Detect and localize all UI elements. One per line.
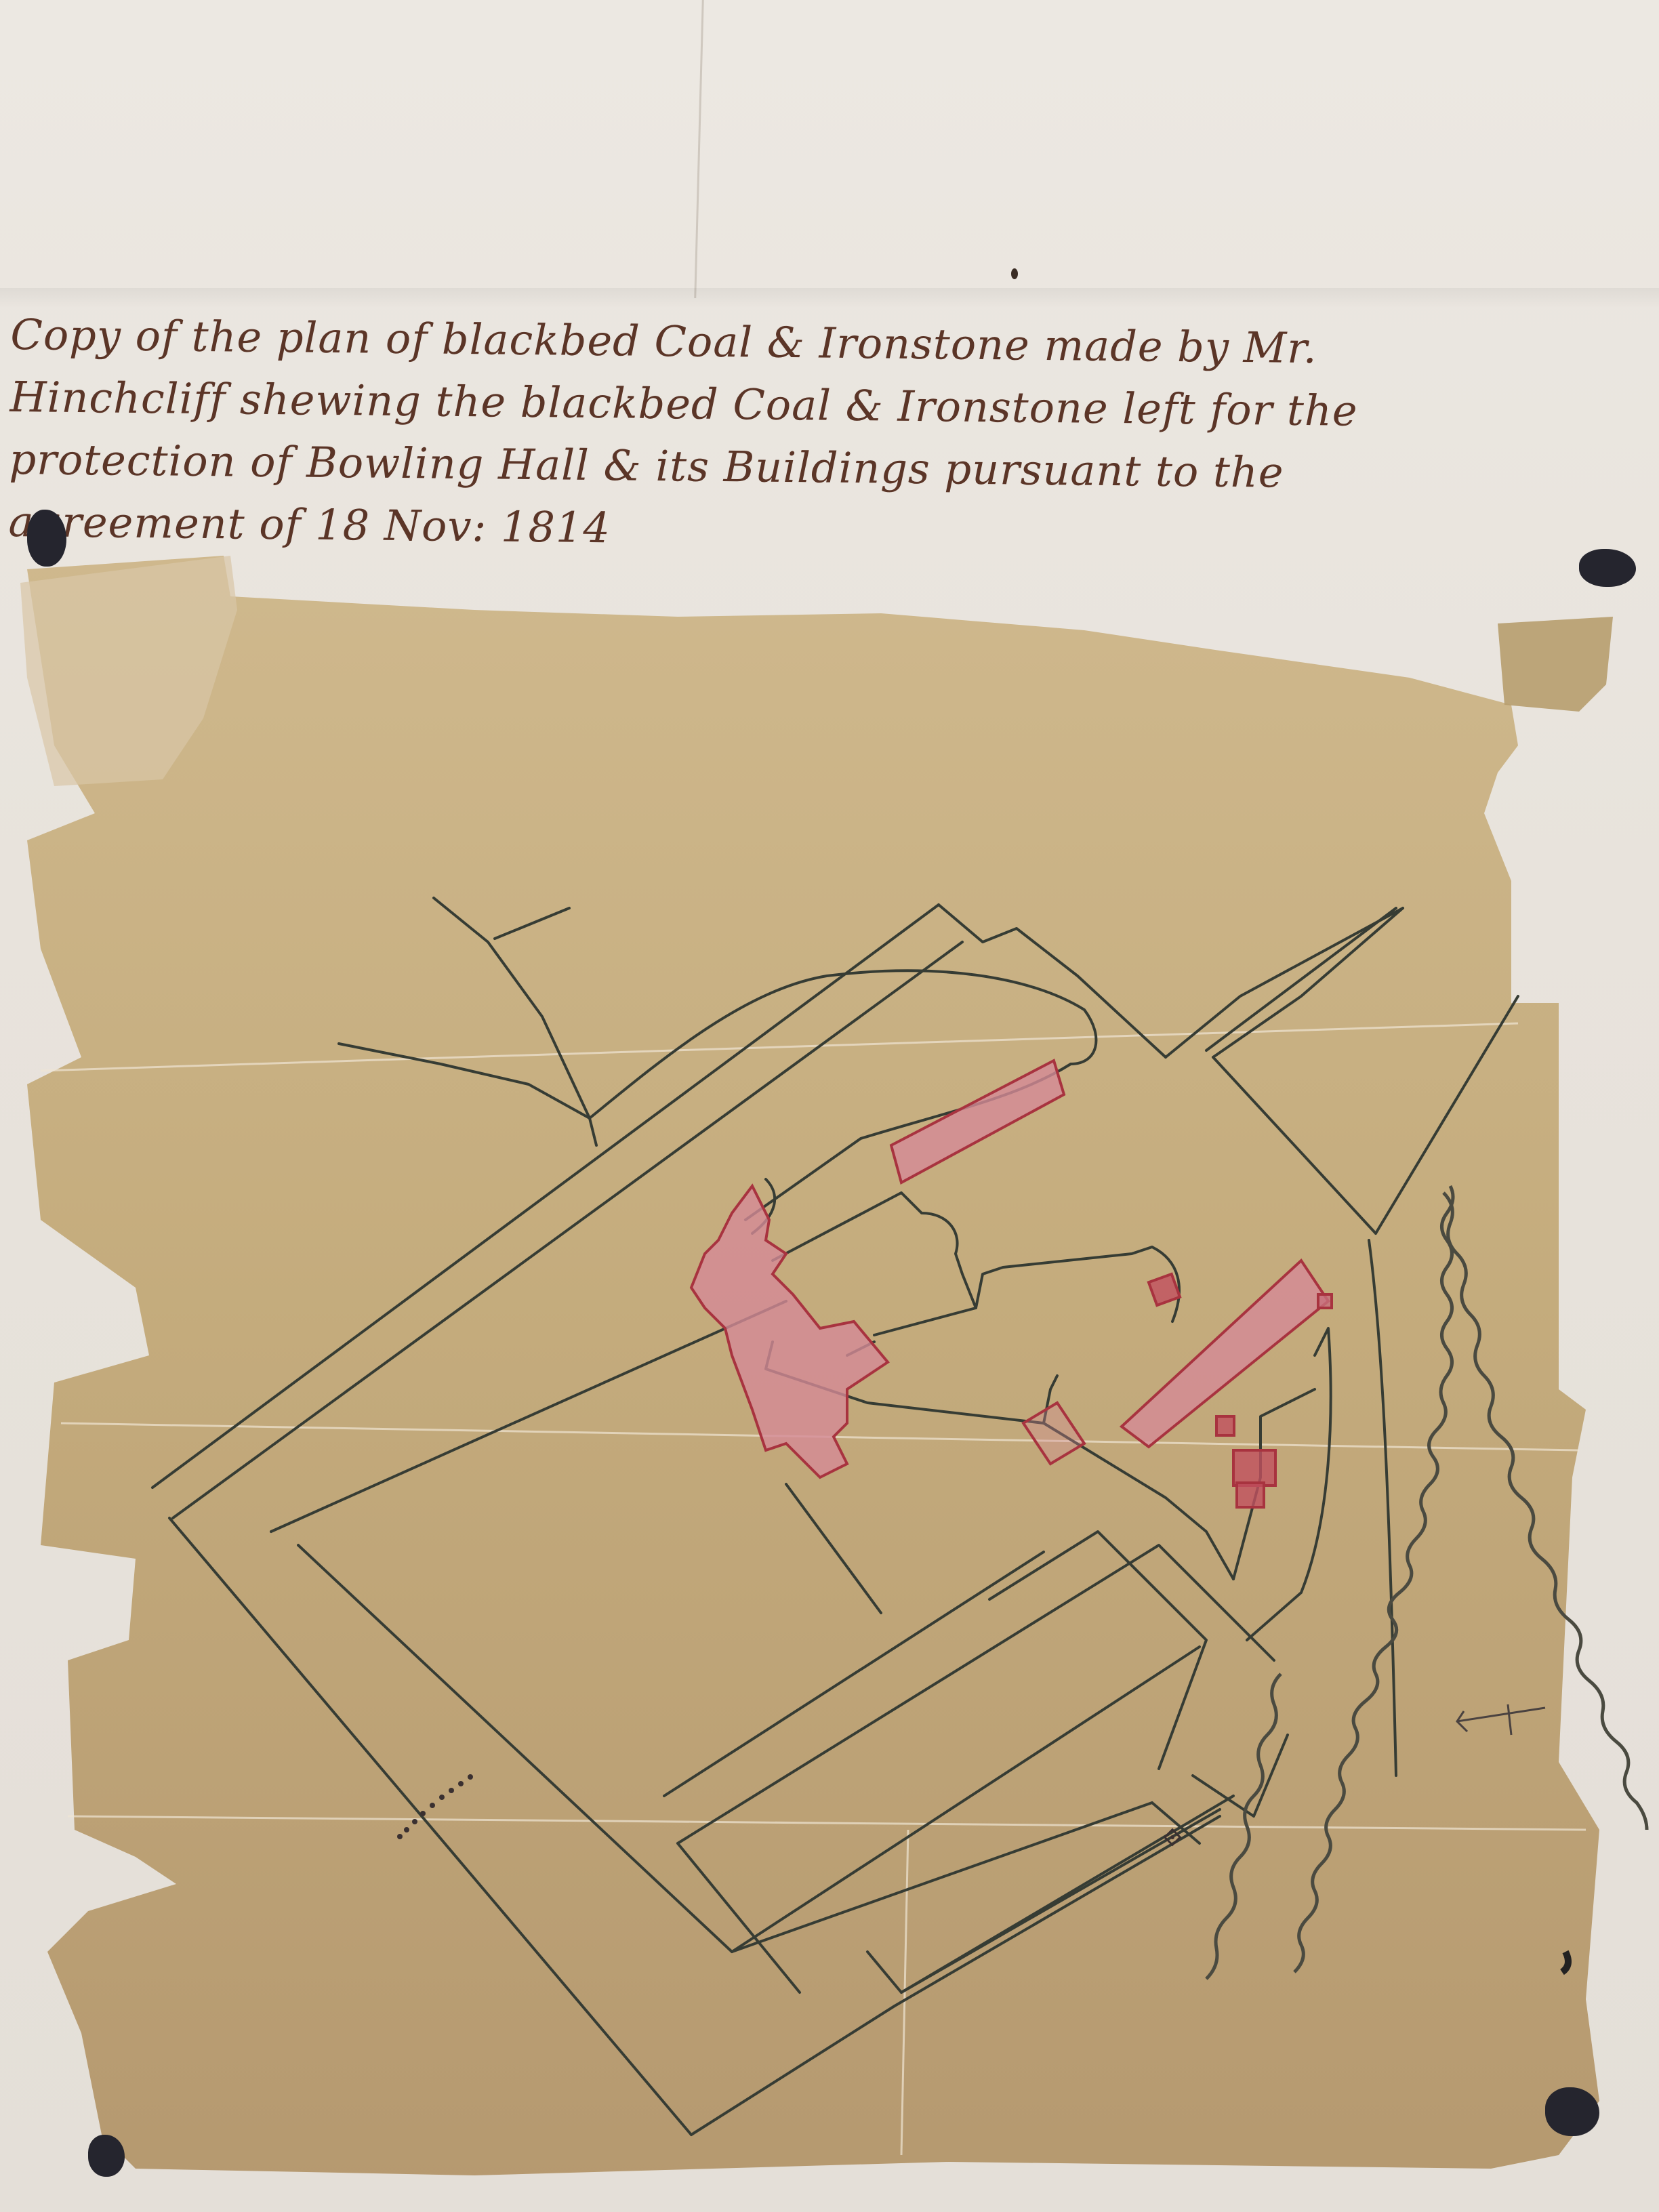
wax-seal-bottom-left	[88, 2135, 125, 2177]
wax-seal-top-left	[27, 510, 66, 567]
tracing-paper-plan	[0, 0, 1659, 2212]
wax-seal-bottom-right	[1545, 2087, 1599, 2136]
building-outhouse-5	[1233, 1450, 1275, 1486]
building-outhouse-6	[1237, 1483, 1264, 1507]
building-outhouse-4	[1216, 1416, 1234, 1435]
building-outhouse-2	[1318, 1294, 1332, 1308]
wax-seal-top-right	[1579, 549, 1636, 587]
